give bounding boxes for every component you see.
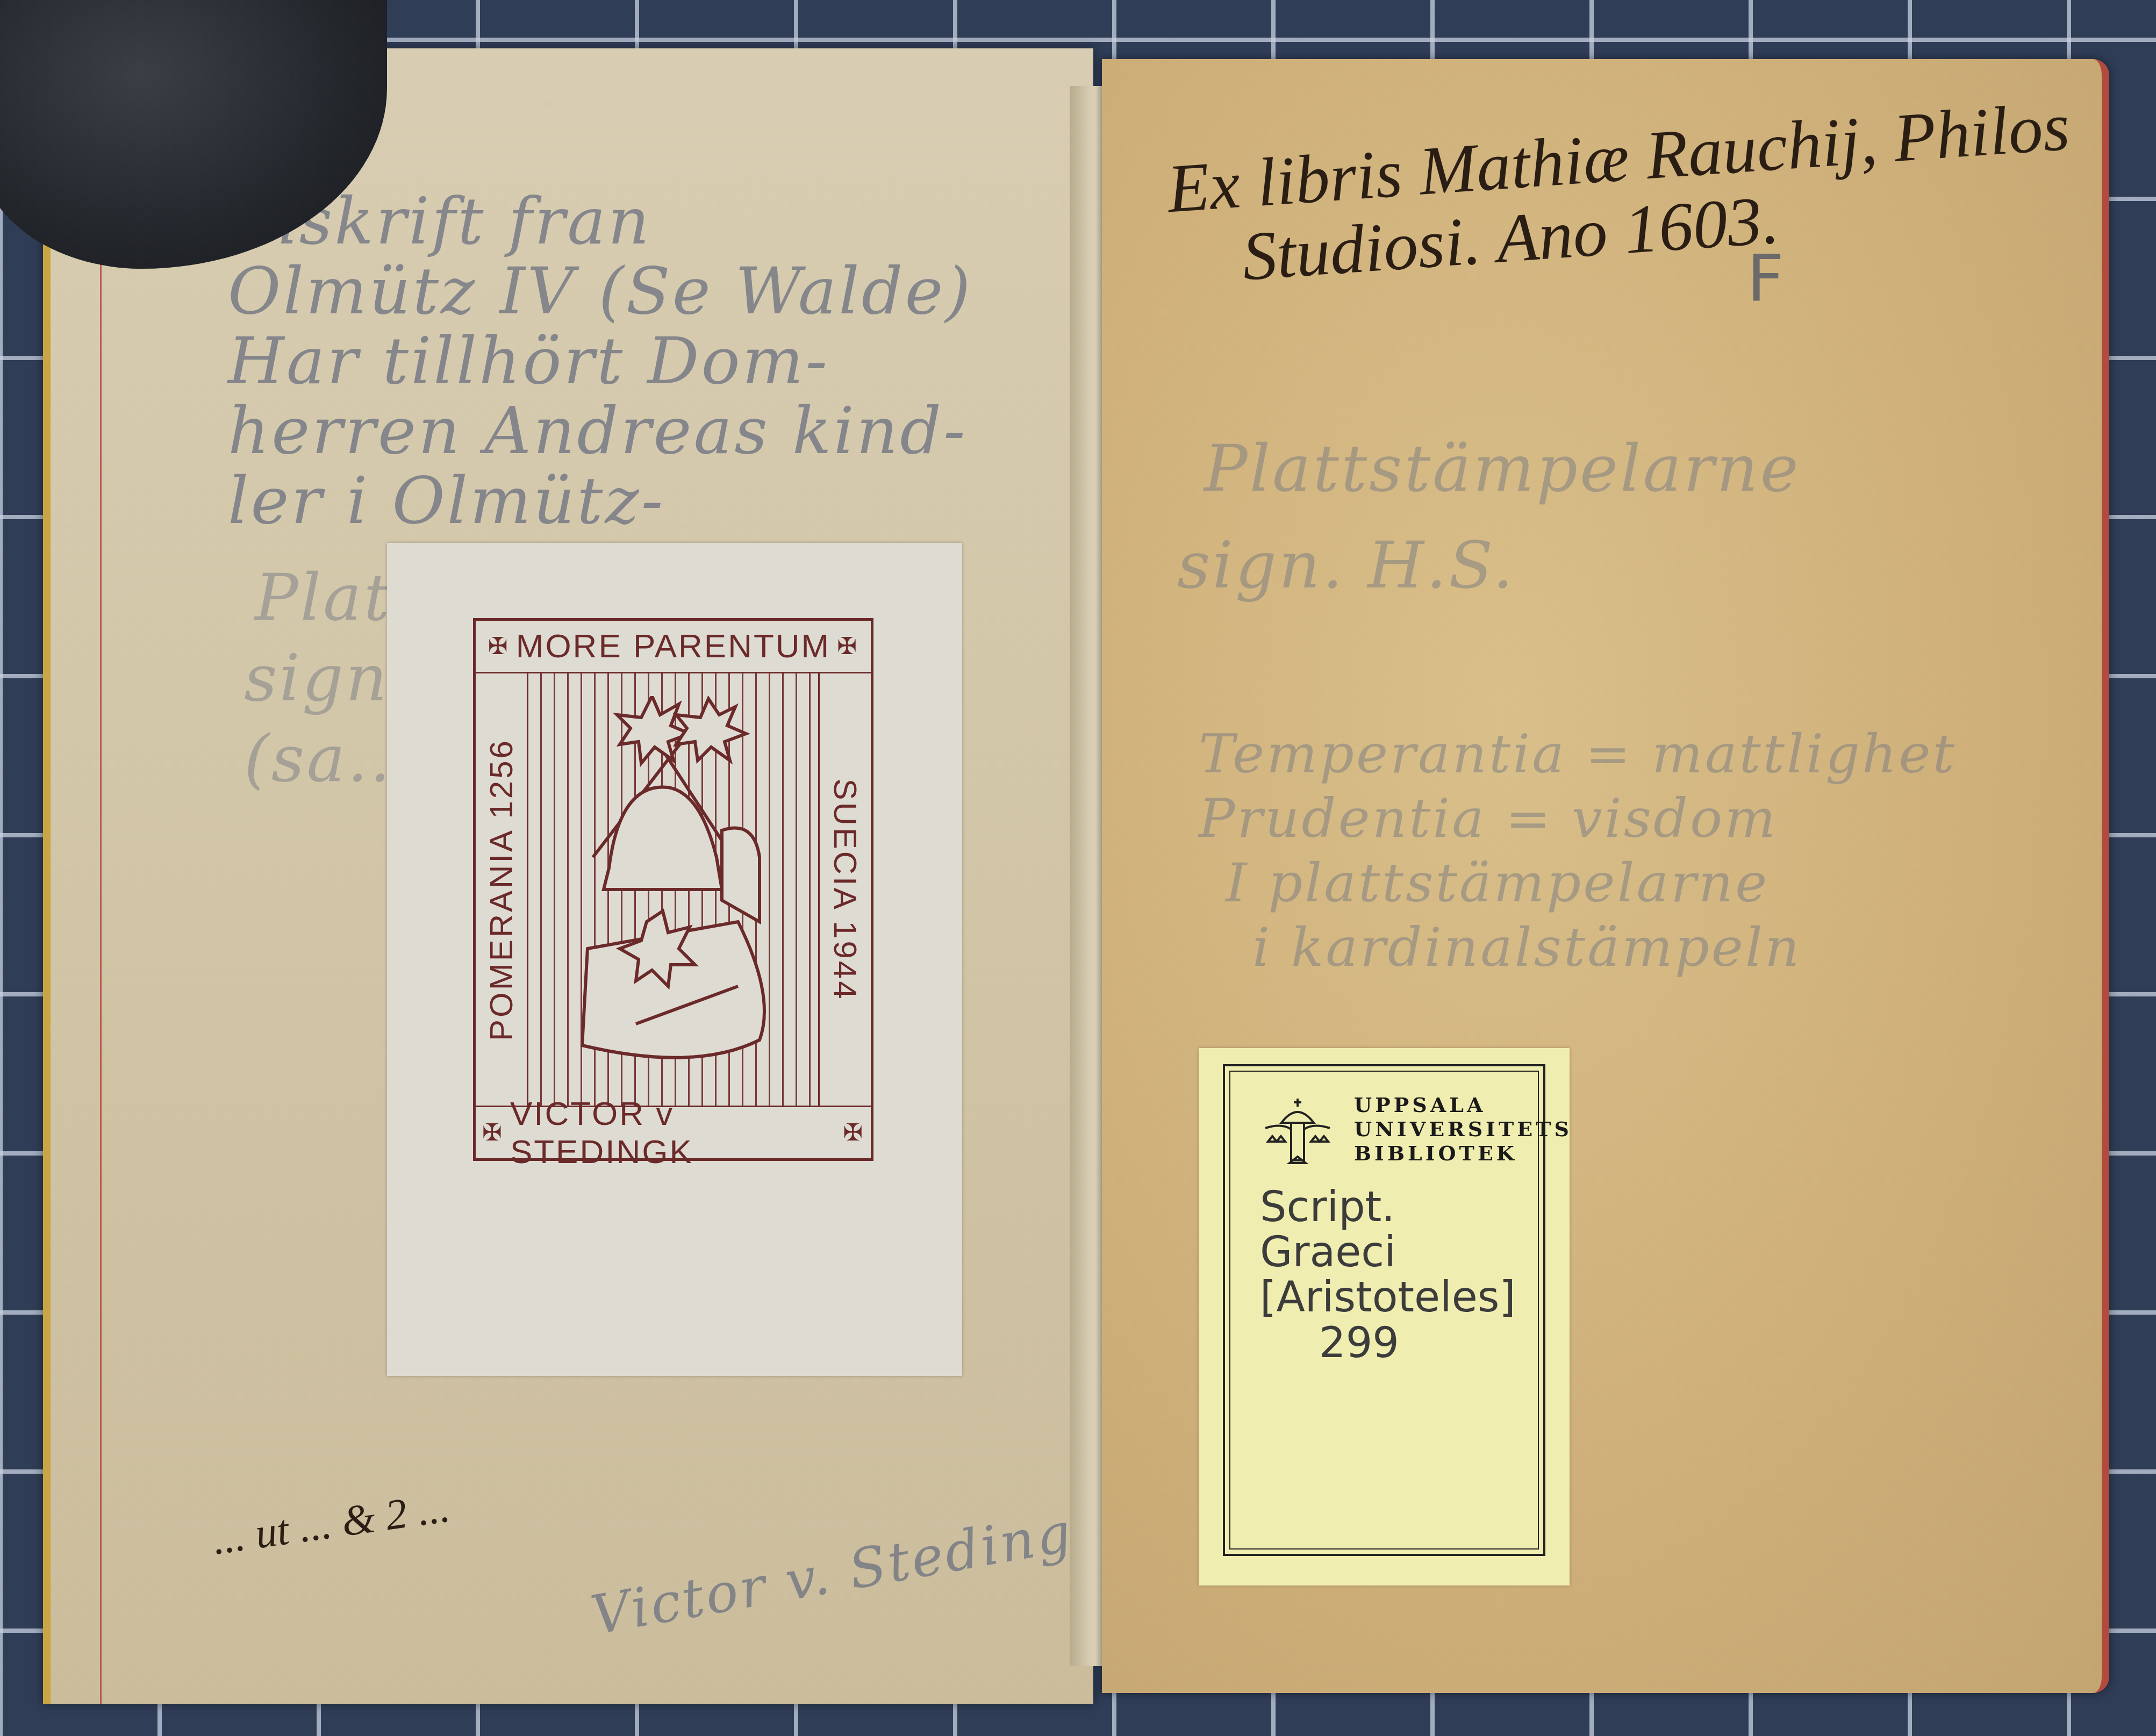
- library-name-line-1: UPPSALA: [1354, 1093, 1572, 1117]
- coat-of-arms-icon: [561, 696, 786, 1083]
- red-margin-line: [100, 48, 102, 1704]
- bookplate-right-text: SUECIA 1944: [827, 778, 864, 1001]
- bookplate-left-text: POMERANIA 1256: [483, 738, 520, 1041]
- pencil-note-line-2: Olmütz IV (Se Walde): [228, 258, 972, 326]
- ink-scribble-note: ... ut ... & 2 ...: [210, 1483, 453, 1565]
- cross-ornament-icon: ✠: [488, 633, 510, 660]
- pencil-signature: Victor v. Stedingk: [587, 1497, 1111, 1644]
- pencil-note-line-4: herren Andreas kind-: [228, 398, 968, 465]
- cross-ornament-icon: ✠: [837, 633, 858, 660]
- cross-ornament-icon: ✠: [843, 1119, 864, 1146]
- shelfmark-number: 299: [1260, 1321, 1516, 1366]
- ex-libris-bookplate: ✠ MORE PARENTUM ✠ POMERANIA 1256: [387, 543, 962, 1376]
- library-name-line-2: UNIVERSITETS: [1354, 1117, 1572, 1142]
- bookplate-owner: ✠ VICTOR v STEDINGK ✠: [476, 1106, 871, 1158]
- bookplate-left-legend: POMERANIA 1256: [476, 672, 528, 1107]
- pencil-note-right-3: Temperantia = mattlighet: [1199, 726, 1957, 782]
- pencil-note-right-6: i kardinalstämpeln: [1252, 919, 1801, 975]
- shelfmark-line-1: Script.: [1260, 1185, 1516, 1230]
- bookplate-frame: ✠ MORE PARENTUM ✠ POMERANIA 1256: [473, 618, 873, 1161]
- bookplate-owner-name: VICTOR v STEDINGK: [510, 1095, 836, 1171]
- pencil-mark-f: F: [1747, 242, 1784, 317]
- shelfmark-line-2: Graeci: [1260, 1230, 1516, 1275]
- cross-ornament-icon: ✠: [482, 1119, 504, 1146]
- label-border: UPPSALA UNIVERSITETS BIBLIOTEK Script. G…: [1223, 1064, 1545, 1556]
- library-name-line-3: BIBLIOTEK: [1354, 1142, 1572, 1166]
- library-name: UPPSALA UNIVERSITETS BIBLIOTEK: [1354, 1093, 1572, 1165]
- bookplate-motto-text: MORE PARENTUM: [516, 627, 831, 665]
- pencil-note-right-5: I plattstämpelarne: [1226, 855, 1769, 911]
- pencil-note-line-3: Har tillhört Dom-: [228, 328, 829, 396]
- pencil-note-line-5: ler i Olmütz-: [228, 468, 665, 535]
- bookplate-motto: ✠ MORE PARENTUM ✠: [476, 621, 871, 673]
- shelfmark-line-3: [Aristoteles]: [1260, 1275, 1516, 1320]
- handwritten-shelfmark: Script. Graeci [Aristoteles] 299: [1260, 1185, 1516, 1366]
- pencil-note-right-4: Prudentia = visdom: [1199, 790, 1778, 847]
- pencil-note-right-1: Plattstämpelarne: [1204, 435, 1801, 503]
- pencil-note-right-2: sign. H.S.: [1177, 532, 1515, 600]
- bookplate-right-legend: SUECIA 1944: [818, 672, 871, 1107]
- library-shelfmark-label: UPPSALA UNIVERSITETS BIBLIOTEK Script. G…: [1199, 1048, 1570, 1586]
- bookplate-hatched-field: [528, 673, 818, 1106]
- royal-crown-crest-icon: [1260, 1096, 1335, 1171]
